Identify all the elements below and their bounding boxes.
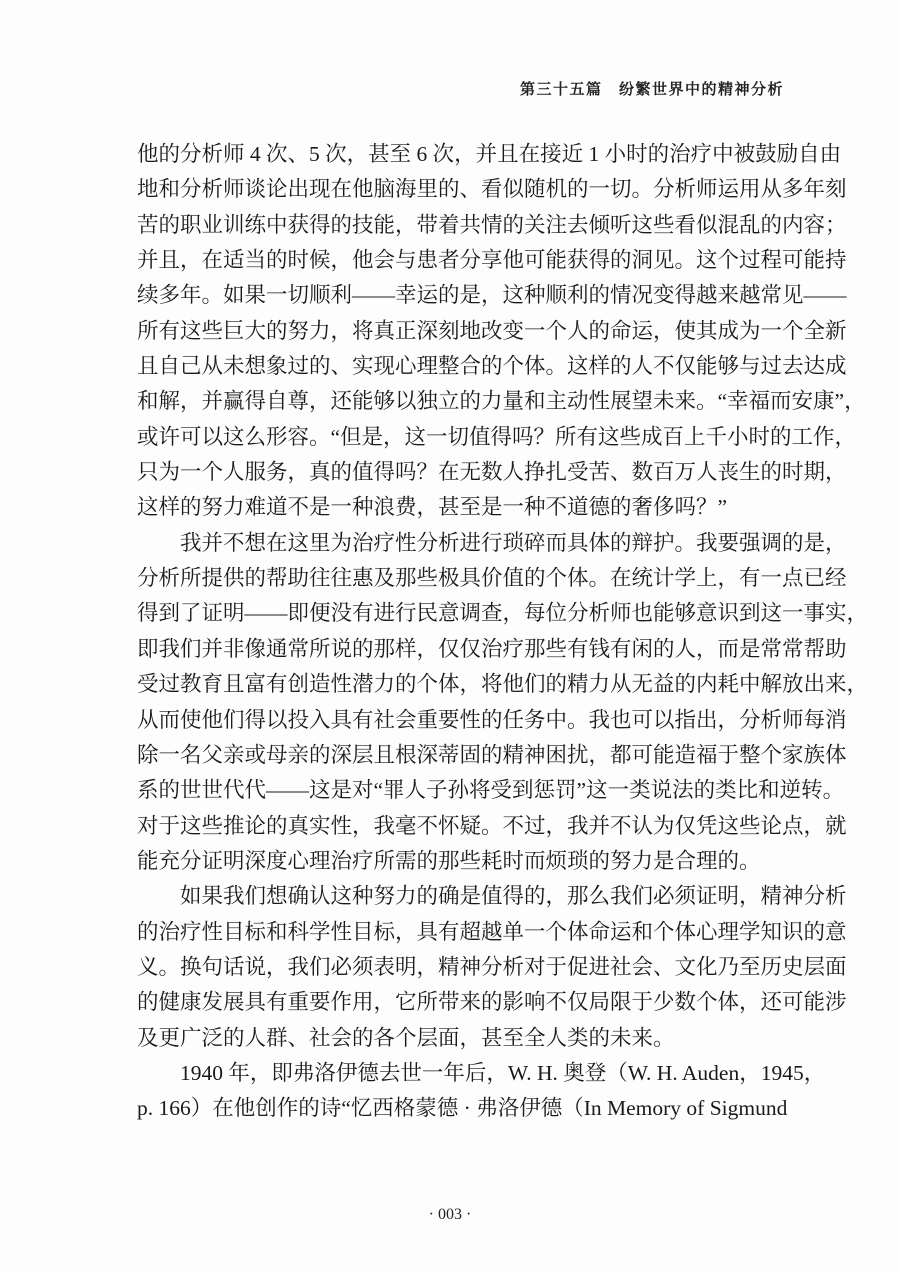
paragraph: 他的分析师 4 次、5 次，甚至 6 次，并且在接近 1 小时的治疗中被鼓励自由… bbox=[137, 137, 785, 526]
text-line: 如果我们想确认这种努力的确是值得的，那么我们必须证明，精神分析 bbox=[137, 879, 785, 914]
text-line: 他的分析师 4 次、5 次，甚至 6 次，并且在接近 1 小时的治疗中被鼓励自由 bbox=[137, 137, 785, 172]
text-line: 的健康发展具有重要作用，它所带来的影响不仅局限于少数个体，还可能涉 bbox=[137, 985, 785, 1020]
book-page: 第三十五篇 纷繁世界中的精神分析 他的分析师 4 次、5 次，甚至 6 次，并且… bbox=[0, 0, 900, 1271]
text-line: 能充分证明深度心理治疗所需的那些耗时而烦琐的努力是合理的。 bbox=[137, 844, 785, 879]
text-line: 所有这些巨大的努力，将真正深刻地改变一个人的命运，使其成为一个全新 bbox=[137, 314, 785, 349]
text-line: 除一名父亲或母亲的深层且根深蒂固的精神困扰，都可能造福于整个家族体 bbox=[137, 738, 785, 773]
text-line: 的治疗性目标和科学性目标，具有超越单一个体命运和个体心理学知识的意 bbox=[137, 915, 785, 950]
running-head: 第三十五篇 纷繁世界中的精神分析 bbox=[520, 78, 784, 99]
text-line: 这样的努力难道不是一种浪费，甚至是一种不道德的奢侈吗？” bbox=[137, 490, 785, 525]
text-line: 及更广泛的人群、社会的各个层面，甚至全人类的未来。 bbox=[137, 1021, 785, 1056]
text-line: 和解，并赢得自尊，还能够以独立的力量和主动性展望未来。“幸福而安康”， bbox=[137, 384, 785, 419]
text-line: 地和分析师谈论出现在他脑海里的、看似随机的一切。分析师运用从多年刻 bbox=[137, 172, 785, 207]
paragraph: 我并不想在这里为治疗性分析进行琐碎而具体的辩护。我要强调的是， 分析所提供的帮助… bbox=[137, 526, 785, 879]
text-line: 苦的职业训练中获得的技能，带着共情的关注去倾听这些看似混乱的内容； bbox=[137, 208, 785, 243]
text-line: 得到了证明——即便没有进行民意调查，每位分析师也能够意识到这一事实， bbox=[137, 596, 785, 631]
text-line: 我并不想在这里为治疗性分析进行琐碎而具体的辩护。我要强调的是， bbox=[137, 526, 785, 561]
text-line: 即我们并非像通常所说的那样，仅仅治疗那些有钱有闲的人，而是常常帮助 bbox=[137, 632, 785, 667]
text-line: 从而使他们得以投入具有社会重要性的任务中。我也可以指出，分析师每消 bbox=[137, 703, 785, 738]
text-line: 只为一个人服务，真的值得吗？在无数人挣扎受苦、数百万人丧生的时期， bbox=[137, 455, 785, 490]
text-line: 分析所提供的帮助往往惠及那些极具价值的个体。在统计学上，有一点已经 bbox=[137, 561, 785, 596]
body-text: 他的分析师 4 次、5 次，甚至 6 次，并且在接近 1 小时的治疗中被鼓励自由… bbox=[137, 137, 785, 1127]
text-line: 1940 年，即弗洛伊德去世一年后，W. H. 奥登（W. H. Auden，1… bbox=[137, 1056, 785, 1091]
paragraph: 如果我们想确认这种努力的确是值得的，那么我们必须证明，精神分析 的治疗性目标和科… bbox=[137, 879, 785, 1056]
text-line: 受过教育且富有创造性潜力的个体，将他们的精力从无益的内耗中解放出来， bbox=[137, 667, 785, 702]
text-line: 对于这些推论的真实性，我毫不怀疑。不过，我并不认为仅凭这些论点，就 bbox=[137, 809, 785, 844]
paragraph: 1940 年，即弗洛伊德去世一年后，W. H. 奥登（W. H. Auden，1… bbox=[137, 1056, 785, 1127]
text-line: p. 166）在他创作的诗“忆西格蒙德 · 弗洛伊德（In Memory of … bbox=[137, 1091, 785, 1126]
text-line: 且自己从未想象过的、实现心理整合的个体。这样的人不仅能够与过去达成 bbox=[137, 349, 785, 384]
page-number: · 003 · bbox=[0, 1206, 900, 1224]
text-line: 义。换句话说，我们必须表明，精神分析对于促进社会、文化乃至历史层面 bbox=[137, 950, 785, 985]
text-line: 续多年。如果一切顺利——幸运的是，这种顺利的情况变得越来越常见—— bbox=[137, 278, 785, 313]
text-line: 并且，在适当的时候，他会与患者分享他可能获得的洞见。这个过程可能持 bbox=[137, 243, 785, 278]
text-line: 系的世世代代——这是对“罪人子孙将受到惩罚”这一类说法的类比和逆转。 bbox=[137, 773, 785, 808]
text-line: 或许可以这么形容。“但是，这一切值得吗？所有这些成百上千小时的工作， bbox=[137, 420, 785, 455]
